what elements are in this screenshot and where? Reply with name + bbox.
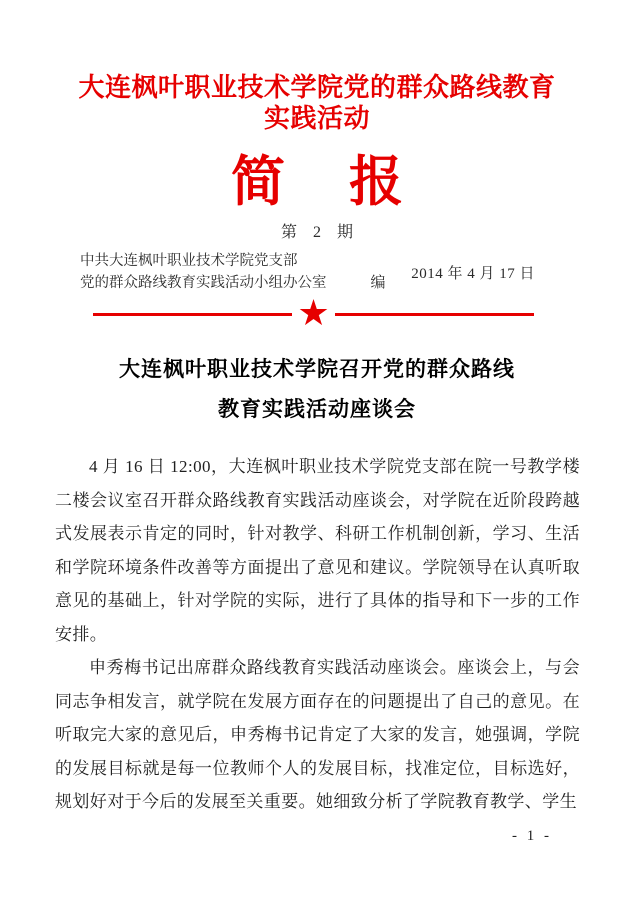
- divider-rule-right: [335, 313, 534, 316]
- issue-number: 第 2 期: [0, 223, 634, 243]
- editor-org-line1: 中共大连枫叶职业技术学院党支部: [80, 250, 327, 272]
- article-title: 大连枫叶职业技术学院召开党的群众路线 教育实践活动座谈会: [0, 350, 634, 430]
- org-title-line1: 大连枫叶职业技术学院党的群众路线教育: [0, 72, 634, 103]
- bulletin-title-char-1: 简: [231, 155, 285, 209]
- article-title-line2: 教育实践活动座谈会: [0, 390, 634, 430]
- article-body: 4 月 16 日 12:00，大连枫叶职业技术学院党支部在院一号教学楼二楼会议室…: [55, 450, 580, 819]
- bulletin-title: 简 报: [0, 155, 634, 209]
- document-page: 大连枫叶职业技术学院党的群众路线教育 实践活动 简 报 第 2 期 中共大连枫叶…: [0, 0, 634, 897]
- bulletin-title-char-2: 报: [349, 155, 403, 209]
- article-paragraph-1: 4 月 16 日 12:00，大连枫叶职业技术学院党支部在院一号教学楼二楼会议室…: [55, 450, 580, 651]
- star-divider: ★: [93, 296, 534, 332]
- article-title-line1: 大连枫叶职业技术学院召开党的群众路线: [0, 350, 634, 390]
- editor-org-line2: 党的群众路线教育实践活动小组办公室: [80, 272, 327, 294]
- editor-label: 编: [371, 272, 386, 294]
- org-title-line2: 实践活动: [0, 103, 634, 134]
- divider-rule-left: [93, 313, 292, 316]
- article-paragraph-2: 申秀梅书记出席群众路线教育实践活动座谈会。座谈会上，与会同志争相发言，就学院在发…: [55, 651, 580, 819]
- masthead-meta-row: 中共大连枫叶职业技术学院党支部 党的群众路线教育实践活动小组办公室 编 2014…: [80, 250, 535, 294]
- editor-org-block: 中共大连枫叶职业技术学院党支部 党的群众路线教育实践活动小组办公室: [80, 250, 327, 294]
- issue-date: 2014 年 4 月 17 日: [411, 262, 535, 283]
- page-number: - 1 -: [512, 828, 552, 845]
- star-icon: ★: [292, 296, 334, 332]
- bulletin-org-title: 大连枫叶职业技术学院党的群众路线教育 实践活动: [0, 72, 634, 134]
